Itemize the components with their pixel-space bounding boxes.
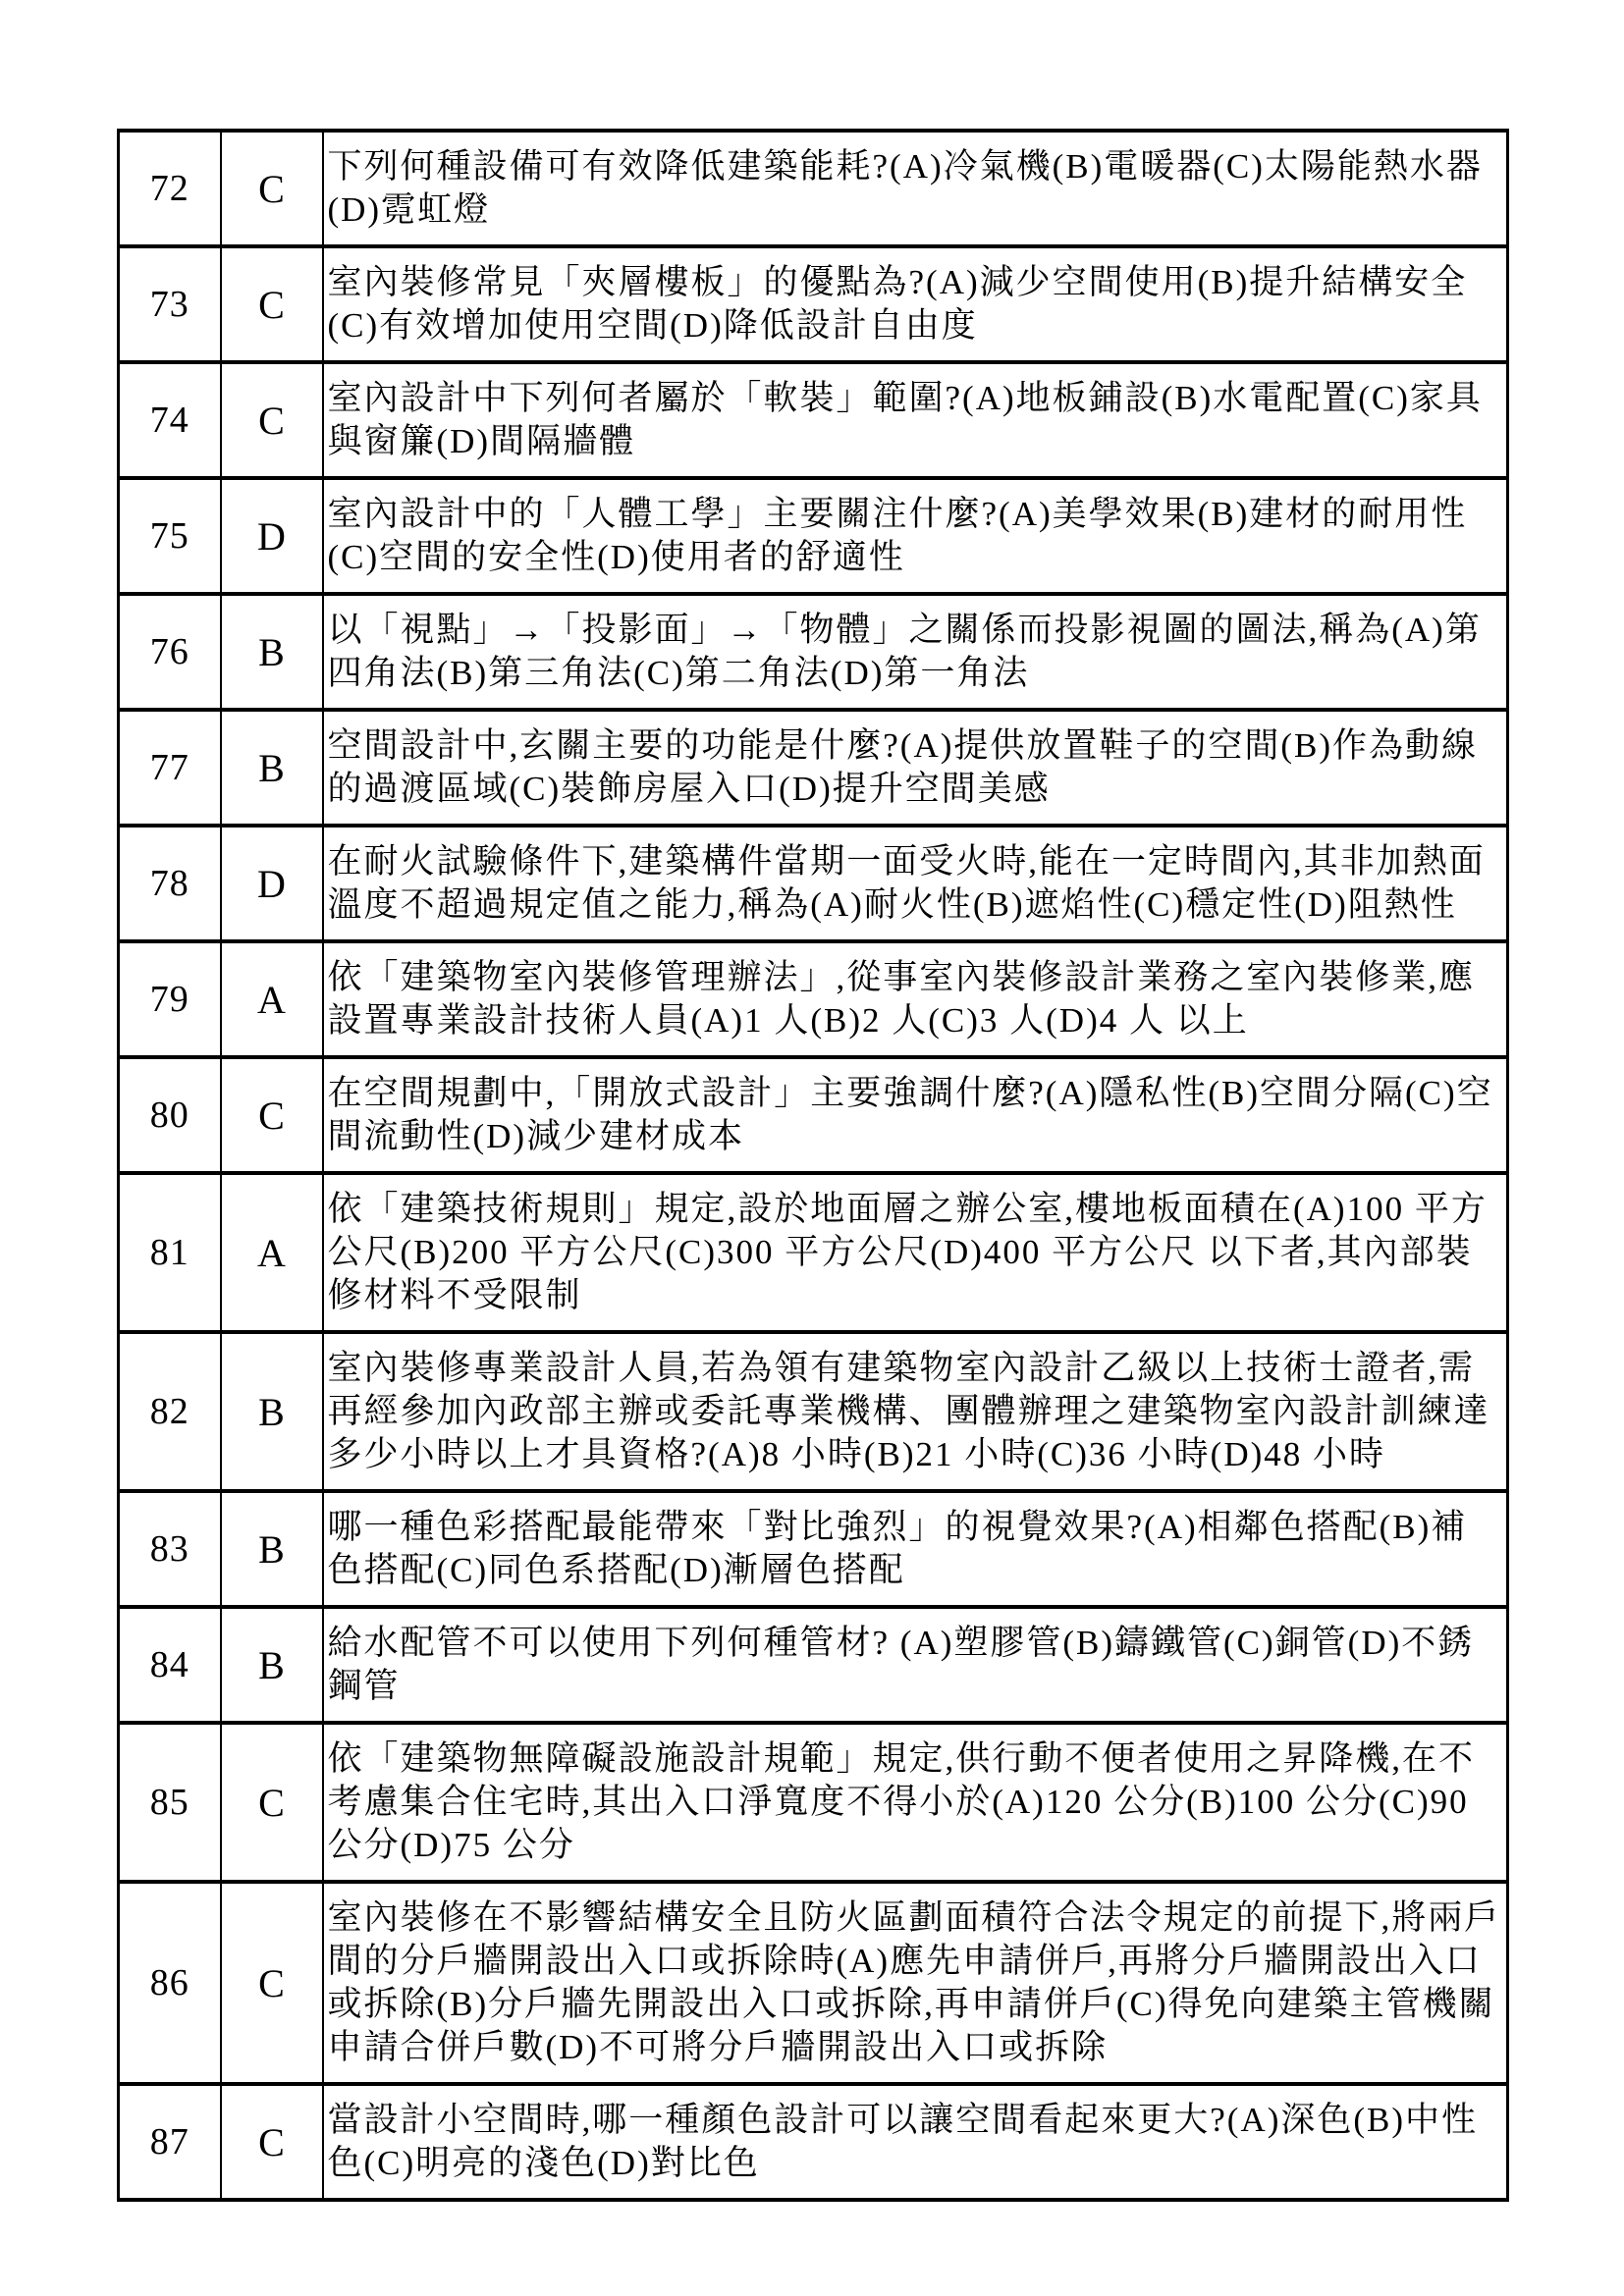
answer-letter: B bbox=[221, 1607, 323, 1723]
question-text: 當設計小空間時,哪一種顏色設計可以讓空間看起來更大?(A)深色(B)中性色(C)… bbox=[323, 2084, 1508, 2200]
question-text: 室內裝修專業設計人員,若為領有建築物室內設計乙級以上技術士證者,需再經參加內政部… bbox=[323, 1332, 1508, 1491]
question-number: 77 bbox=[119, 710, 221, 826]
answer-letter: C bbox=[221, 246, 323, 362]
answer-letter: C bbox=[221, 2084, 323, 2200]
table-row: 73 C 室內裝修常見「夾層樓板」的優點為?(A)減少空間使用(B)提升結構安全… bbox=[119, 246, 1508, 362]
question-text: 室內設計中的「人體工學」主要關注什麼?(A)美學效果(B)建材的耐用性(C)空間… bbox=[323, 478, 1508, 594]
table-row: 75 D 室內設計中的「人體工學」主要關注什麼?(A)美學效果(B)建材的耐用性… bbox=[119, 478, 1508, 594]
question-text: 依「建築物無障礙設施設計規範」規定,供行動不便者使用之昇降機,在不考慮集合住宅時… bbox=[323, 1723, 1508, 1882]
question-text: 下列何種設備可有效降低建築能耗?(A)冷氣機(B)電暖器(C)太陽能熱水器(D)… bbox=[323, 131, 1508, 246]
answer-letter: C bbox=[221, 1882, 323, 2084]
question-text: 在耐火試驗條件下,建築構件當期一面受火時,能在一定時間內,其非加熱面溫度不超過規… bbox=[323, 826, 1508, 941]
table-row: 74 C 室內設計中下列何者屬於「軟裝」範圍?(A)地板鋪設(B)水電配置(C)… bbox=[119, 362, 1508, 478]
answer-letter: A bbox=[221, 941, 323, 1057]
question-text: 室內裝修在不影響結構安全且防火區劃面積符合法令規定的前提下,將兩戶間的分戶牆開設… bbox=[323, 1882, 1508, 2084]
question-number: 72 bbox=[119, 131, 221, 246]
question-number: 83 bbox=[119, 1491, 221, 1607]
question-number: 79 bbox=[119, 941, 221, 1057]
question-number: 87 bbox=[119, 2084, 221, 2200]
table-row: 82 B 室內裝修專業設計人員,若為領有建築物室內設計乙級以上技術士證者,需再經… bbox=[119, 1332, 1508, 1491]
table-row: 86 C 室內裝修在不影響結構安全且防火區劃面積符合法令規定的前提下,將兩戶間的… bbox=[119, 1882, 1508, 2084]
question-number: 74 bbox=[119, 362, 221, 478]
answer-letter: B bbox=[221, 710, 323, 826]
question-number: 76 bbox=[119, 594, 221, 710]
question-number: 85 bbox=[119, 1723, 221, 1882]
answer-letter: C bbox=[221, 362, 323, 478]
answer-letter: C bbox=[221, 1723, 323, 1882]
question-text: 在空間規劃中,「開放式設計」主要強調什麼?(A)隱私性(B)空間分隔(C)空間流… bbox=[323, 1057, 1508, 1173]
answer-table-body: 72 C 下列何種設備可有效降低建築能耗?(A)冷氣機(B)電暖器(C)太陽能熱… bbox=[119, 131, 1508, 2200]
table-row: 77 B 空間設計中,玄關主要的功能是什麼?(A)提供放置鞋子的空間(B)作為動… bbox=[119, 710, 1508, 826]
table-row: 84 B 給水配管不可以使用下列何種管材? (A)塑膠管(B)鑄鐵管(C)銅管(… bbox=[119, 1607, 1508, 1723]
answer-key-table: 72 C 下列何種設備可有效降低建築能耗?(A)冷氣機(B)電暖器(C)太陽能熱… bbox=[117, 129, 1509, 2202]
answer-letter: B bbox=[221, 1332, 323, 1491]
answer-letter: C bbox=[221, 1057, 323, 1173]
table-row: 78 D 在耐火試驗條件下,建築構件當期一面受火時,能在一定時間內,其非加熱面溫… bbox=[119, 826, 1508, 941]
answer-letter: D bbox=[221, 478, 323, 594]
question-text: 依「建築物室內裝修管理辦法」,從事室內裝修設計業務之室內裝修業,應設置專業設計技… bbox=[323, 941, 1508, 1057]
answer-letter: B bbox=[221, 594, 323, 710]
table-row: 79 A 依「建築物室內裝修管理辦法」,從事室內裝修設計業務之室內裝修業,應設置… bbox=[119, 941, 1508, 1057]
table-row: 72 C 下列何種設備可有效降低建築能耗?(A)冷氣機(B)電暖器(C)太陽能熱… bbox=[119, 131, 1508, 246]
question-number: 75 bbox=[119, 478, 221, 594]
question-number: 80 bbox=[119, 1057, 221, 1173]
question-number: 81 bbox=[119, 1173, 221, 1332]
question-number: 84 bbox=[119, 1607, 221, 1723]
question-number: 73 bbox=[119, 246, 221, 362]
question-number: 82 bbox=[119, 1332, 221, 1491]
question-text: 依「建築技術規則」規定,設於地面層之辦公室,樓地板面積在(A)100 平方公尺(… bbox=[323, 1173, 1508, 1332]
table-row: 87 C 當設計小空間時,哪一種顏色設計可以讓空間看起來更大?(A)深色(B)中… bbox=[119, 2084, 1508, 2200]
table-row: 81 A 依「建築技術規則」規定,設於地面層之辦公室,樓地板面積在(A)100 … bbox=[119, 1173, 1508, 1332]
answer-letter: A bbox=[221, 1173, 323, 1332]
question-text: 給水配管不可以使用下列何種管材? (A)塑膠管(B)鑄鐵管(C)銅管(D)不銹鋼… bbox=[323, 1607, 1508, 1723]
question-text: 以「視點」→「投影面」→「物體」之關係而投影視圖的圖法,稱為(A)第四角法(B)… bbox=[323, 594, 1508, 710]
question-number: 86 bbox=[119, 1882, 221, 2084]
answer-letter: B bbox=[221, 1491, 323, 1607]
answer-letter: C bbox=[221, 131, 323, 246]
table-row: 76 B 以「視點」→「投影面」→「物體」之關係而投影視圖的圖法,稱為(A)第四… bbox=[119, 594, 1508, 710]
table-row: 85 C 依「建築物無障礙設施設計規範」規定,供行動不便者使用之昇降機,在不考慮… bbox=[119, 1723, 1508, 1882]
table-row: 83 B 哪一種色彩搭配最能帶來「對比強烈」的視覺效果?(A)相鄰色搭配(B)補… bbox=[119, 1491, 1508, 1607]
question-text: 室內裝修常見「夾層樓板」的優點為?(A)減少空間使用(B)提升結構安全(C)有效… bbox=[323, 246, 1508, 362]
question-number: 78 bbox=[119, 826, 221, 941]
answer-letter: D bbox=[221, 826, 323, 941]
table-row: 80 C 在空間規劃中,「開放式設計」主要強調什麼?(A)隱私性(B)空間分隔(… bbox=[119, 1057, 1508, 1173]
question-text: 空間設計中,玄關主要的功能是什麼?(A)提供放置鞋子的空間(B)作為動線的過渡區… bbox=[323, 710, 1508, 826]
question-text: 哪一種色彩搭配最能帶來「對比強烈」的視覺效果?(A)相鄰色搭配(B)補色搭配(C… bbox=[323, 1491, 1508, 1607]
question-text: 室內設計中下列何者屬於「軟裝」範圍?(A)地板鋪設(B)水電配置(C)家具與窗簾… bbox=[323, 362, 1508, 478]
